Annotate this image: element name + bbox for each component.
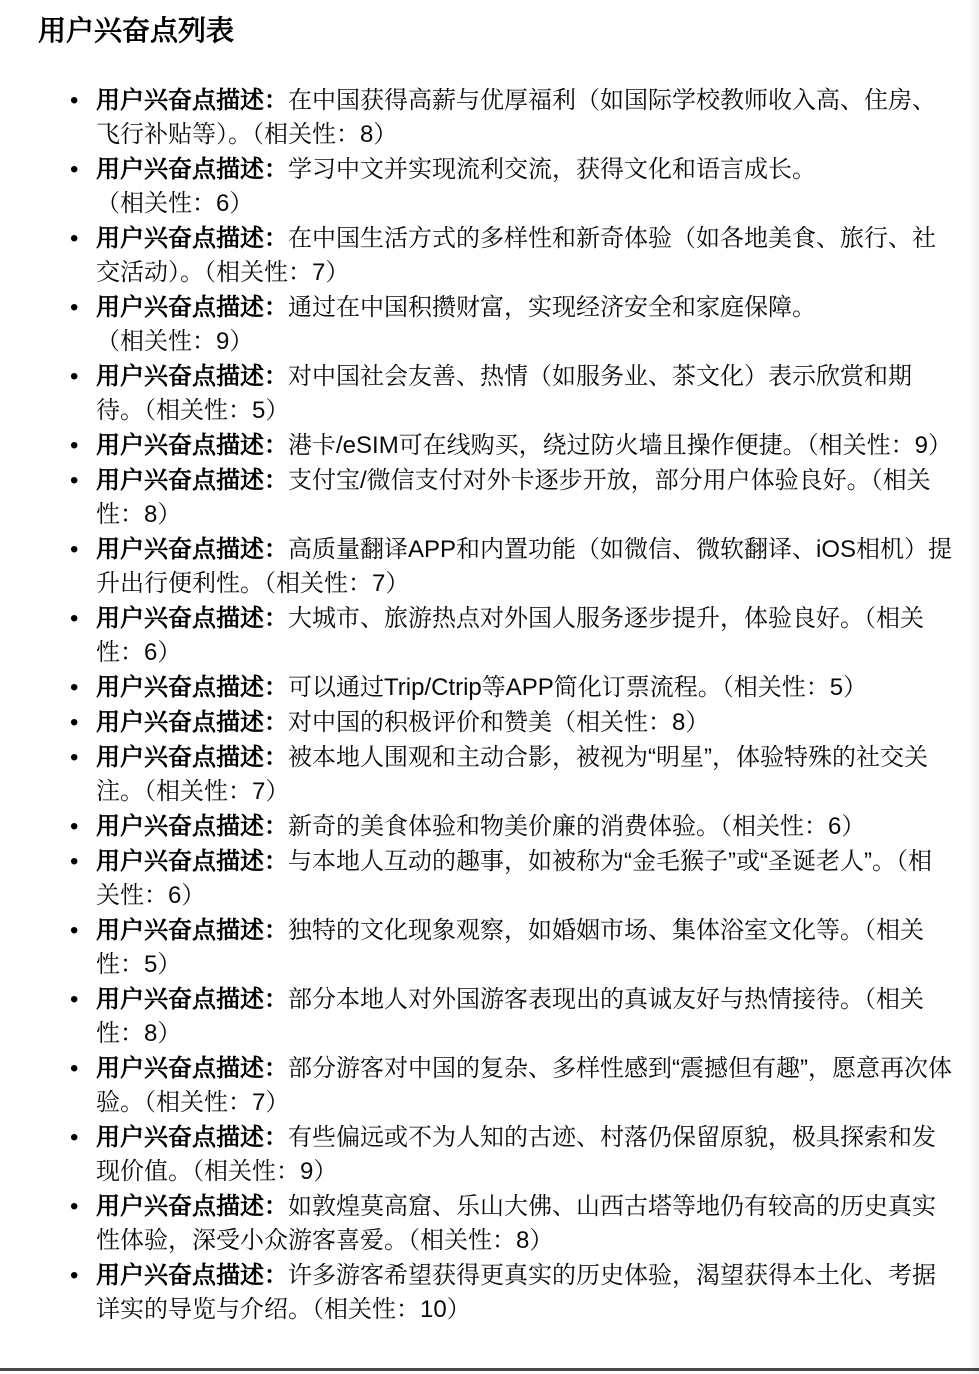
item-label: 用户兴奋点描述：	[96, 744, 288, 771]
item-description: 对中国的积极评价和赞美	[288, 709, 552, 736]
item-relevance: （相关性：9）	[96, 328, 253, 355]
item-relevance: （相关性：7）	[144, 778, 289, 805]
item-relevance: （相关性：8）	[552, 709, 709, 736]
list-item: •用户兴奋点描述：许多游客希望获得更真实的历史体验，渴望获得本土化、考据详实的导…	[96, 1259, 953, 1327]
bullet-icon: •	[70, 360, 78, 394]
item-description: 支付宝/微信支付对外卡逐步开放，部分用户体验良好。	[288, 467, 871, 494]
item-label: 用户兴奋点描述：	[96, 363, 288, 390]
item-label: 用户兴奋点描述：	[96, 813, 288, 840]
item-relevance: （相关性：8）	[252, 121, 397, 148]
item-description: 与本地人互动的趣事，如被称为“金毛猴子”或“圣诞老人”。	[288, 848, 896, 875]
item-relevance: （相关性：10）	[312, 1296, 471, 1323]
item-label: 用户兴奋点描述：	[96, 709, 288, 736]
list-item: •用户兴奋点描述：支付宝/微信支付对外卡逐步开放，部分用户体验良好。（相关性：8…	[96, 464, 953, 532]
list-item: •用户兴奋点描述：有些偏远或不为人知的古迹、村落仍保留原貌，极具探索和发现价值。…	[96, 1121, 953, 1189]
item-label: 用户兴奋点描述：	[96, 536, 288, 563]
bullet-icon: •	[70, 845, 78, 879]
list-item: •用户兴奋点描述：如敦煌莫高窟、乐山大佛、山西古塔等地仍有较高的历史真实性体验，…	[96, 1190, 953, 1258]
bullet-icon: •	[70, 741, 78, 775]
item-relevance: （相关性：9）	[807, 432, 952, 459]
bullet-icon: •	[70, 1190, 78, 1224]
item-label: 用户兴奋点描述：	[96, 156, 288, 183]
item-label: 用户兴奋点描述：	[96, 605, 288, 632]
item-description: 通过在中国积攒财富，实现经济安全和家庭保障。	[288, 294, 816, 321]
item-label: 用户兴奋点描述：	[96, 674, 288, 701]
bullet-icon: •	[70, 983, 78, 1017]
item-label: 用户兴奋点描述：	[96, 1262, 288, 1289]
item-relevance: （相关性：7）	[264, 570, 409, 597]
list-item: •用户兴奋点描述：学习中文并实现流利交流，获得文化和语言成长。（相关性：6）	[96, 153, 953, 221]
bullet-icon: •	[70, 429, 78, 463]
list-item: •用户兴奋点描述：高质量翻译APP和内置功能（如微信、微软翻译、iOS相机）提升…	[96, 533, 953, 601]
bullet-icon: •	[70, 602, 78, 636]
item-label: 用户兴奋点描述：	[96, 917, 288, 944]
list-item: •用户兴奋点描述：对中国社会友善、热情（如服务业、茶文化）表示欣赏和期待。（相关…	[96, 360, 953, 428]
item-description: 部分本地人对外国游客表现出的真诚友好与热情接待。	[288, 986, 864, 1013]
bullet-icon: •	[70, 706, 78, 740]
item-description: 学习中文并实现流利交流，获得文化和语言成长。	[288, 156, 816, 183]
list-item: •用户兴奋点描述：大城市、旅游热点对外国人服务逐步提升，体验良好。（相关性：6）	[96, 602, 953, 670]
list-item: •用户兴奋点描述：港卡/eSIM可在线购买，绕过防火墙且操作便捷。（相关性：9）	[96, 429, 953, 463]
bullet-icon: •	[70, 914, 78, 948]
bullet-icon: •	[70, 153, 78, 187]
list-item: •用户兴奋点描述：通过在中国积攒财富，实现经济安全和家庭保障。（相关性：9）	[96, 291, 953, 359]
item-description: 港卡/eSIM可在线购买，绕过防火墙且操作便捷。	[288, 432, 807, 459]
list-item: •用户兴奋点描述：部分游客对中国的复杂、多样性感到“震撼但有趣”，愿意再次体验。…	[96, 1052, 953, 1120]
item-relevance: （相关性：7）	[204, 259, 349, 286]
list-item: •用户兴奋点描述：部分本地人对外国游客表现出的真诚友好与热情接待。（相关性：8）	[96, 983, 953, 1051]
bullet-icon: •	[70, 1259, 78, 1293]
list-item: •用户兴奋点描述：被本地人围观和主动合影，被视为“明星”，体验特殊的社交关注。（…	[96, 741, 953, 809]
item-label: 用户兴奋点描述：	[96, 294, 288, 321]
item-label: 用户兴奋点描述：	[96, 467, 288, 494]
bullet-icon: •	[70, 222, 78, 256]
bottom-divider	[0, 1368, 979, 1371]
item-label: 用户兴奋点描述：	[96, 87, 288, 114]
bullet-icon: •	[70, 1052, 78, 1086]
item-relevance: （相关性：7）	[144, 1089, 289, 1116]
list-item: •用户兴奋点描述：在中国获得高薪与优厚福利（如国际学校教师收入高、住房、飞行补贴…	[96, 84, 953, 152]
list-item: •用户兴奋点描述：新奇的美食体验和物美价廉的消费体验。（相关性：6）	[96, 810, 953, 844]
item-description: 大城市、旅游热点对外国人服务逐步提升，体验良好。	[288, 605, 864, 632]
item-label: 用户兴奋点描述：	[96, 432, 288, 459]
bullet-icon: •	[70, 671, 78, 705]
item-relevance: （相关性：5）	[144, 397, 289, 424]
item-description: 独特的文化现象观察，如婚姻市场、集体浴室文化等。	[288, 917, 864, 944]
item-label: 用户兴奋点描述：	[96, 1055, 288, 1082]
item-label: 用户兴奋点描述：	[96, 225, 288, 252]
list-item: •用户兴奋点描述：可以通过Trip/Ctrip等APP简化订票流程。（相关性：5…	[96, 671, 953, 705]
item-label: 用户兴奋点描述：	[96, 1124, 288, 1151]
bullet-icon: •	[70, 464, 78, 498]
item-relevance: （相关性：5）	[722, 674, 867, 701]
item-description: 新奇的美食体验和物美价廉的消费体验。	[288, 813, 720, 840]
item-label: 用户兴奋点描述：	[96, 1193, 288, 1220]
bullet-icon: •	[70, 1121, 78, 1155]
item-description: 可以通过Trip/Ctrip等APP简化订票流程。	[288, 674, 722, 701]
document-page: 用户兴奋点列表 •用户兴奋点描述：在中国获得高薪与优厚福利（如国际学校教师收入高…	[0, 0, 979, 1374]
item-relevance: （相关性：6）	[96, 190, 253, 217]
excitement-point-list: •用户兴奋点描述：在中国获得高薪与优厚福利（如国际学校教师收入高、住房、飞行补贴…	[0, 84, 979, 1327]
list-item: •用户兴奋点描述：在中国生活方式的多样性和新奇体验（如各地美食、旅行、社交活动）…	[96, 222, 953, 290]
item-relevance: （相关性：8）	[408, 1227, 553, 1254]
item-label: 用户兴奋点描述：	[96, 848, 288, 875]
item-relevance: （相关性：9）	[192, 1158, 337, 1185]
item-label: 用户兴奋点描述：	[96, 986, 288, 1013]
bullet-icon: •	[70, 533, 78, 567]
list-item: •用户兴奋点描述：独特的文化现象观察，如婚姻市场、集体浴室文化等。（相关性：5）	[96, 914, 953, 982]
bullet-icon: •	[70, 84, 78, 118]
list-item: •用户兴奋点描述：与本地人互动的趣事，如被称为“金毛猴子”或“圣诞老人”。（相关…	[96, 845, 953, 913]
page-title: 用户兴奋点列表	[0, 0, 979, 48]
bullet-icon: •	[70, 291, 78, 325]
item-relevance: （相关性：6）	[720, 813, 865, 840]
list-item: •用户兴奋点描述：对中国的积极评价和赞美（相关性：8）	[96, 706, 953, 740]
bullet-icon: •	[70, 810, 78, 844]
